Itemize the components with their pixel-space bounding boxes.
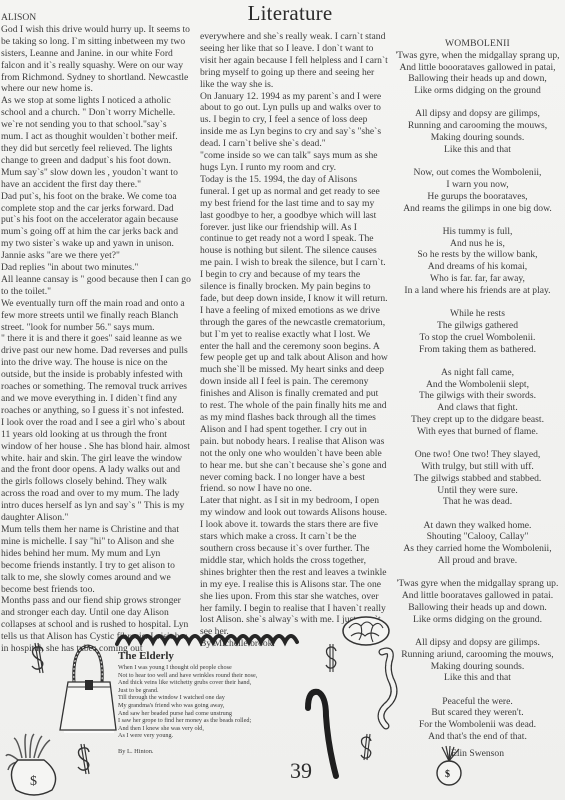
story-paragraph: Mum tells them her name is Christine and… xyxy=(1,524,191,595)
elderly-title: The Elderly xyxy=(118,650,318,663)
story-paragraph: All leanne cansay is " good because then… xyxy=(1,274,191,298)
poem-line: So he rests by the willow bank, xyxy=(390,249,565,261)
poem-line: For the Wombolenii was dead. xyxy=(390,719,565,731)
poem-stanza: While he rests The gilwigs gathered To s… xyxy=(390,308,565,355)
story-column-1: ALISON God I wish this drive would hurry… xyxy=(1,12,191,655)
poem-line: Now, out comes the Wombolenii, xyxy=(390,167,565,179)
poem-line: As they carried home the Wombolenii, xyxy=(390,543,565,555)
poem-line: They crept up to the didgare beast. xyxy=(390,414,565,426)
poem-line: I warn you now, xyxy=(390,179,565,191)
snake-doodle xyxy=(370,646,400,730)
walking-cane-doodle xyxy=(302,686,342,780)
poem-line: Who is far. far, far away, xyxy=(390,273,565,285)
poem-line: In a land where his friends are at play. xyxy=(390,285,565,297)
poem-line: And that's the end of that. xyxy=(390,731,565,743)
elderly-byline: By L. Hinton. xyxy=(118,748,318,756)
story-paragraph: On January 12. 1994 as my parent`s and I… xyxy=(200,91,388,151)
money-bag-doodle: $ xyxy=(4,730,64,800)
poem-line: With eyes that burned of flame. xyxy=(390,426,565,438)
poem-line: All dipsy and dopsy are gilimps. xyxy=(390,637,565,649)
poem-stanza: 'Twas gyre when the midgallay sprang up.… xyxy=(390,578,565,625)
handbag-doodle xyxy=(58,642,120,734)
poem-line: 'Twas gyre when the midgallay sprang up. xyxy=(390,578,565,590)
poem-title: WOMBOLENII xyxy=(390,38,565,50)
dollar-sign-doodle xyxy=(322,643,340,673)
poem-line: Until they were sure. xyxy=(390,485,565,497)
story-paragraph: "come inside so we can talk" says mum as… xyxy=(200,150,388,174)
poem-line: Running ariund, carooming the mouws, xyxy=(390,649,565,661)
poem-line: And then I knew she was very old, xyxy=(118,725,318,733)
poem-line: Not to hear too well and have wrinkles r… xyxy=(118,672,318,680)
poem-stanza: At dawn they walked home. Shouting "Calo… xyxy=(390,520,565,567)
dollar-sign-doodle xyxy=(28,642,48,674)
poem-stanza: 'Twas gyre, when the midgallay sprang up… xyxy=(390,50,565,97)
onion-coin-doodle: $ xyxy=(434,745,464,787)
poem-line: Ballowing their heads up and down. xyxy=(390,602,565,614)
story-paragraph: everywhere and she`s really weak. I carn… xyxy=(200,31,388,91)
svg-text:$: $ xyxy=(445,769,450,780)
story-paragraph: I look over the road and I see a girl wh… xyxy=(1,417,191,524)
poem-line: And the Wombolenii slept, xyxy=(390,379,565,391)
poem-line: And claws that fight. xyxy=(390,402,565,414)
dollar-sign-doodle xyxy=(357,733,375,761)
poem-line: Like orms didging on the ground. xyxy=(390,614,565,626)
poem-line: My grandma's friend who was going away, xyxy=(118,702,318,710)
poem-line: But scared they weren't. xyxy=(390,707,565,719)
poem-line: All proud and brave. xyxy=(390,555,565,567)
poem-author: Elin Swenson xyxy=(390,748,565,760)
poem-stanza: One two! One two! They slayed, With trul… xyxy=(390,449,565,508)
poem-column: WOMBOLENII 'Twas gyre, when the midgalla… xyxy=(390,38,565,760)
poem-line: And thick veins like witchetty grubs cov… xyxy=(118,679,318,687)
poem-stanza: Peaceful the were. But scared they weren… xyxy=(390,696,565,743)
poem-line: The gilwigs stabbed and stabbed. xyxy=(390,473,565,485)
dollar-sign-doodle xyxy=(74,743,94,775)
poem-line: As night fall came, xyxy=(390,367,565,379)
story-paragraph: We eventually turn off the main road and… xyxy=(1,298,191,334)
story-column-2: everywhere and she`s really weak. I carn… xyxy=(200,31,388,650)
elderly-poem: The Elderly When I was young I thought o… xyxy=(118,650,318,756)
story-paragraph: As we stop at some lights I noticed a at… xyxy=(1,95,191,190)
poem-line: And dreams of his komai, xyxy=(390,261,565,273)
poem-line: And nus he is, xyxy=(390,238,565,250)
poem-line: From taking them as bathered. xyxy=(390,344,565,356)
story-paragraph: Dad replies "in about two minutes." xyxy=(1,262,191,274)
poem-line: Peaceful the were. xyxy=(390,696,565,708)
poem-line: Like orms didging on the ground xyxy=(390,85,565,97)
poem-line: That he was dead. xyxy=(390,496,565,508)
story-paragraph: " there it is and there it goes" said le… xyxy=(1,333,191,416)
poem-line: Shouting "Calooy, Callay" xyxy=(390,531,565,543)
poem-line: All dipsy and dopsy are gilimps, xyxy=(390,108,565,120)
poem-line: When I was young I thought old people ch… xyxy=(118,664,318,672)
poem-line: One two! One two! They slayed, xyxy=(390,449,565,461)
poem-line: Ballowing their heads up and down, xyxy=(390,73,565,85)
poem-line: Like this and that xyxy=(390,144,565,156)
poem-line: 'Twas gyre, when the midgallay sprang up… xyxy=(390,50,565,62)
story-paragraph: Today is the 15. 1994, the day of Alison… xyxy=(200,174,388,305)
poem-line: Like this and that xyxy=(390,672,565,684)
story-paragraph: Jannie asks "are we there yet?" xyxy=(1,250,191,262)
poem-line: And reams the gilimps in one big dow. xyxy=(390,203,565,215)
story-paragraph: I have a feeling of mixed emotions as we… xyxy=(200,305,388,496)
zigzag-line-doodle xyxy=(115,626,305,650)
poem-line: The gilwigs with their swords. xyxy=(390,390,565,402)
poem-line: And saw her beaded purse had come unstru… xyxy=(118,710,318,718)
poem-line: With trulgy, but still with uff. xyxy=(390,461,565,473)
svg-text:$: $ xyxy=(30,774,37,789)
poem-line: And little booorataves gallowed in patai… xyxy=(390,62,565,74)
poem-line: His tummy is full, xyxy=(390,226,565,238)
poem-line: Making douring sounds. xyxy=(390,132,565,144)
poem-line: Making douring sounds. xyxy=(390,661,565,673)
poem-line: The gilwigs gathered xyxy=(390,320,565,332)
poem-stanza: All dipsy and dopsy are gilimps, Running… xyxy=(390,108,565,155)
poem-line: And little boorataves gallowed in patai. xyxy=(390,590,565,602)
poem-line: He gurups the boorataves, xyxy=(390,191,565,203)
poem-stanza: As night fall came, And the Wombolenii s… xyxy=(390,367,565,438)
brain-doodle xyxy=(341,614,391,648)
story-paragraph: Dad put`s, his foot on the brake. We com… xyxy=(1,191,191,251)
page-title: Literature xyxy=(190,1,390,26)
poem-line: Just to be grand. xyxy=(118,687,318,695)
poem-stanza: All dipsy and dopsy are gilimps. Running… xyxy=(390,637,565,684)
poem-line: While he rests xyxy=(390,308,565,320)
poem-line: As I were very young. xyxy=(118,732,318,740)
poem-line: Running and carooming the mouws, xyxy=(390,120,565,132)
poem-stanza: Now, out comes the Wombolenii, I warn yo… xyxy=(390,167,565,214)
poem-line: At dawn they walked home. xyxy=(390,520,565,532)
story-paragraph: God I wish this drive would hurry up. It… xyxy=(1,24,191,95)
poem-line: Till through the window I watched one da… xyxy=(118,694,318,702)
story-title: ALISON xyxy=(1,12,191,24)
magazine-page: Literature ALISON God I wish this drive … xyxy=(0,0,565,800)
poem-line: To stop the cruel Wombolenii. xyxy=(390,332,565,344)
poem-line: I saw her grope to find her money as the… xyxy=(118,717,318,725)
poem-stanza: His tummy is full, And nus he is, So he … xyxy=(390,226,565,297)
